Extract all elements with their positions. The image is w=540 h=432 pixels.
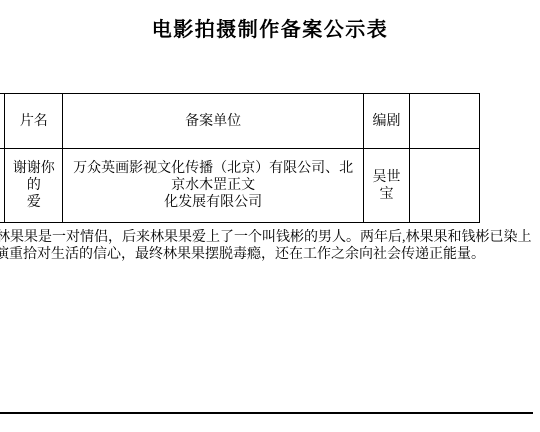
table-row: 第2 谢谢你的 爱 万众英画影视文化传播（北京）有限公司、北京水木罡正文 化发展…: [0, 149, 480, 223]
synopsis-line-2: 演重拾对生活的信心，最终林果果摆脱毒瘾，还在工作之余向社会传递正能量。: [0, 246, 540, 263]
cell-film-title: 谢谢你的 爱: [5, 149, 63, 223]
page-title: 电影拍摄制作备案公示表: [0, 18, 540, 43]
synopsis-text: 林果果是一对情侣，后来林果果爱上了一个叫钱彬的男人。两年后,林果果和钱彬已染上 …: [0, 229, 540, 263]
document-page: 电影拍摄制作备案公示表 片名 备案单位 编剧 第2 谢谢你的 爱 万众英画影视文…: [0, 0, 540, 432]
synopsis-line-1: 林果果是一对情侣，后来林果果爱上了一个叫钱彬的男人。两年后,林果果和钱彬已染上: [0, 229, 540, 246]
filing-table: 片名 备案单位 编剧 第2 谢谢你的 爱 万众英画影视文化传播（北京）有限公司、…: [0, 93, 480, 223]
table-bottom-border: [0, 412, 533, 414]
cell-screenwriter: 吴世 宝: [363, 149, 409, 223]
col-header-next: [409, 94, 479, 149]
cell-filing-company: 万众英画影视文化传播（北京）有限公司、北京水木罡正文 化发展有限公司: [63, 149, 364, 223]
col-header-film-title: 片名: [5, 94, 63, 149]
col-header-screenwriter: 编剧: [363, 94, 409, 149]
cell-next-column: [409, 149, 479, 223]
table-header-row: 片名 备案单位 编剧: [0, 94, 480, 149]
col-header-filing-company: 备案单位: [63, 94, 364, 149]
